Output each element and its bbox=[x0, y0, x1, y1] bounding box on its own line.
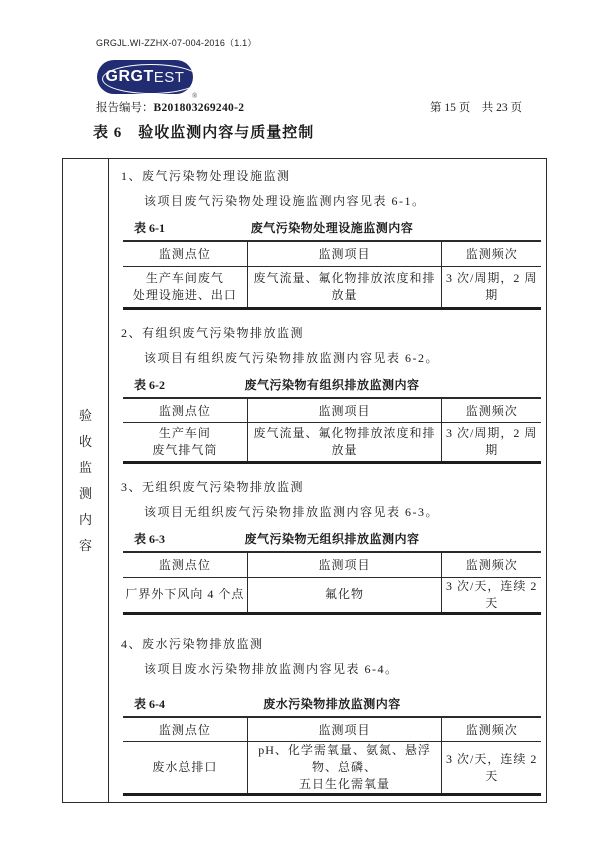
document-code: GRGJL.WI-ZZHX-07-004-2016（1.1） bbox=[96, 36, 257, 49]
table-row: 生产车间 废气排气筒 废气流量、氟化物排放浓度和排放量 3 次/周期，2 周期 bbox=[123, 423, 541, 463]
col-header-frequency: 监测频次 bbox=[442, 398, 541, 423]
cell-frequency: 3 次/周期，2 周期 bbox=[442, 423, 541, 463]
section-paragraph: 该项目废气污染物处理设施监测内容见表 6-1。 bbox=[144, 192, 548, 210]
report-info-row: 报告编号：B201803269240-2 第 15 页 共 23 页 bbox=[96, 99, 522, 115]
section-paragraph: 该项目无组织废气污染物排放监测内容见表 6-3。 bbox=[144, 503, 548, 521]
section-wastewater-emission: 4、废水污染物排放监测 该项目废水污染物排放监测内容见表 6-4。 表 6-4 … bbox=[109, 635, 548, 797]
section-organized-emission: 2、有组织废气污染物排放监测 该项目有组织废气污染物排放监测内容见表 6-2。 … bbox=[109, 324, 548, 465]
col-header-frequency: 监测频次 bbox=[442, 717, 541, 742]
table-header-row: 监测点位 监测项目 监测频次 bbox=[123, 398, 541, 423]
table-caption-number: 表 6-2 bbox=[134, 377, 165, 393]
main-table: 验 收 监 测 内 容 1、废气污染物处理设施监测 该项目废气污染物处理设施监测… bbox=[62, 158, 547, 803]
cell-frequency: 3 次/天，连续 2 天 bbox=[442, 742, 541, 795]
section-heading: 1、废气污染物处理设施监测 bbox=[121, 167, 548, 185]
section-paragraph: 该项目废水污染物排放监测内容见表 6-4。 bbox=[144, 660, 548, 678]
label-char: 监 bbox=[79, 461, 92, 474]
table-caption: 表 6-4 废水污染物排放监测内容 bbox=[123, 696, 541, 712]
report-number-value: B201803269240-2 bbox=[154, 102, 245, 114]
cell-item: 废气流量、氟化物排放浓度和排放量 bbox=[247, 266, 442, 308]
section-paragraph: 该项目有组织废气污染物排放监测内容见表 6-2。 bbox=[144, 349, 548, 367]
cell-point: 生产车间废气 处理设施进、出口 bbox=[123, 266, 247, 308]
cell-item: pH、化学需氧量、氨氮、悬浮物、总磷、 五日生化需氧量 bbox=[247, 742, 442, 795]
label-char: 测 bbox=[79, 487, 92, 500]
section-waste-gas-treatment: 1、废气污染物处理设施监测 该项目废气污染物处理设施监测内容见表 6-1。 表 … bbox=[109, 167, 548, 310]
label-char: 内 bbox=[79, 513, 92, 526]
cell-item: 氟化物 bbox=[247, 577, 442, 613]
table-caption-number: 表 6-3 bbox=[134, 531, 165, 547]
label-char: 收 bbox=[79, 435, 92, 448]
label-char: 容 bbox=[79, 539, 92, 552]
col-header-item: 监测项目 bbox=[247, 717, 442, 742]
col-header-item: 监测项目 bbox=[247, 552, 442, 577]
logo-text-bold: GRGT bbox=[106, 68, 154, 86]
table-row: 厂界外下风向 4 个点 氟化物 3 次/天，连续 2 天 bbox=[123, 577, 541, 613]
logo-text-light: EST bbox=[154, 69, 185, 86]
table-caption-title: 废气污染物处理设施监测内容 bbox=[251, 221, 414, 235]
monitoring-table-6-1: 监测点位 监测项目 监测频次 生产车间废气 处理设施进、出口 废气流量、氟化物排… bbox=[123, 240, 541, 310]
table-caption-number: 表 6-1 bbox=[134, 220, 165, 236]
cell-point: 生产车间 废气排气筒 bbox=[123, 423, 247, 463]
page-number-info: 第 15 页 共 23 页 bbox=[430, 99, 522, 115]
table-caption: 表 6-2 废气污染物有组织排放监测内容 bbox=[123, 377, 541, 393]
table-content-cell: 1、废气污染物处理设施监测 该项目废气污染物处理设施监测内容见表 6-1。 表 … bbox=[109, 159, 548, 802]
monitoring-table-6-2: 监测点位 监测项目 监测频次 生产车间 废气排气筒 废气流量、氟化物排放浓度和排… bbox=[123, 397, 541, 465]
page-title: 表 6 验收监测内容与质量控制 bbox=[93, 121, 314, 142]
col-header-item: 监测项目 bbox=[247, 398, 442, 423]
table-row: 生产车间废气 处理设施进、出口 废气流量、氟化物排放浓度和排放量 3 次/周期，… bbox=[123, 266, 541, 308]
cell-frequency: 3 次/周期，2 周期 bbox=[442, 266, 541, 308]
table-caption: 表 6-3 废气污染物无组织排放监测内容 bbox=[123, 531, 541, 547]
table-caption-number: 表 6-4 bbox=[134, 696, 165, 712]
table-header-row: 监测点位 监测项目 监测频次 bbox=[123, 552, 541, 577]
monitoring-table-6-3: 监测点位 监测项目 监测频次 厂界外下风向 4 个点 氟化物 3 次/天，连续 … bbox=[123, 551, 541, 615]
cell-frequency: 3 次/天，连续 2 天 bbox=[442, 577, 541, 613]
col-header-point: 监测点位 bbox=[123, 241, 247, 266]
table-header-row: 监测点位 监测项目 监测频次 bbox=[123, 241, 541, 266]
cell-item: 废气流量、氟化物排放浓度和排放量 bbox=[247, 423, 442, 463]
table-header-row: 监测点位 监测项目 监测频次 bbox=[123, 717, 541, 742]
table-caption-title: 废水污染物排放监测内容 bbox=[263, 697, 401, 711]
section-heading: 4、废水污染物排放监测 bbox=[121, 635, 548, 653]
report-page: GRGJL.WI-ZZHX-07-004-2016（1.1） GRGTEST ®… bbox=[0, 0, 612, 865]
label-char: 验 bbox=[79, 409, 92, 422]
table-caption: 表 6-1 废气污染物处理设施监测内容 bbox=[123, 220, 541, 236]
cell-point: 厂界外下风向 4 个点 bbox=[123, 577, 247, 613]
section-heading: 3、无组织废气污染物排放监测 bbox=[121, 478, 548, 496]
grgtest-logo: GRGTEST bbox=[97, 60, 193, 94]
report-number-label: 报告编号： bbox=[96, 102, 154, 114]
section-unorganized-emission: 3、无组织废气污染物排放监测 该项目无组织废气污染物排放监测内容见表 6-3。 … bbox=[109, 478, 548, 615]
section-heading: 2、有组织废气污染物排放监测 bbox=[121, 324, 548, 342]
col-header-frequency: 监测频次 bbox=[442, 552, 541, 577]
col-header-frequency: 监测频次 bbox=[442, 241, 541, 266]
col-header-point: 监测点位 bbox=[123, 717, 247, 742]
table-caption-title: 废气污染物有组织排放监测内容 bbox=[244, 378, 419, 392]
cell-point: 废水总排口 bbox=[123, 742, 247, 795]
monitoring-table-6-4: 监测点位 监测项目 监测频次 废水总排口 pH、化学需氧量、氨氮、悬浮物、总磷、… bbox=[123, 716, 541, 797]
report-number: 报告编号：B201803269240-2 bbox=[96, 99, 244, 115]
table-row: 废水总排口 pH、化学需氧量、氨氮、悬浮物、总磷、 五日生化需氧量 3 次/天，… bbox=[123, 742, 541, 795]
table-caption-title: 废气污染物无组织排放监测内容 bbox=[244, 532, 419, 546]
col-header-point: 监测点位 bbox=[123, 552, 247, 577]
col-header-point: 监测点位 bbox=[123, 398, 247, 423]
col-header-item: 监测项目 bbox=[247, 241, 442, 266]
vertical-row-label: 验 收 监 测 内 容 bbox=[63, 159, 109, 802]
